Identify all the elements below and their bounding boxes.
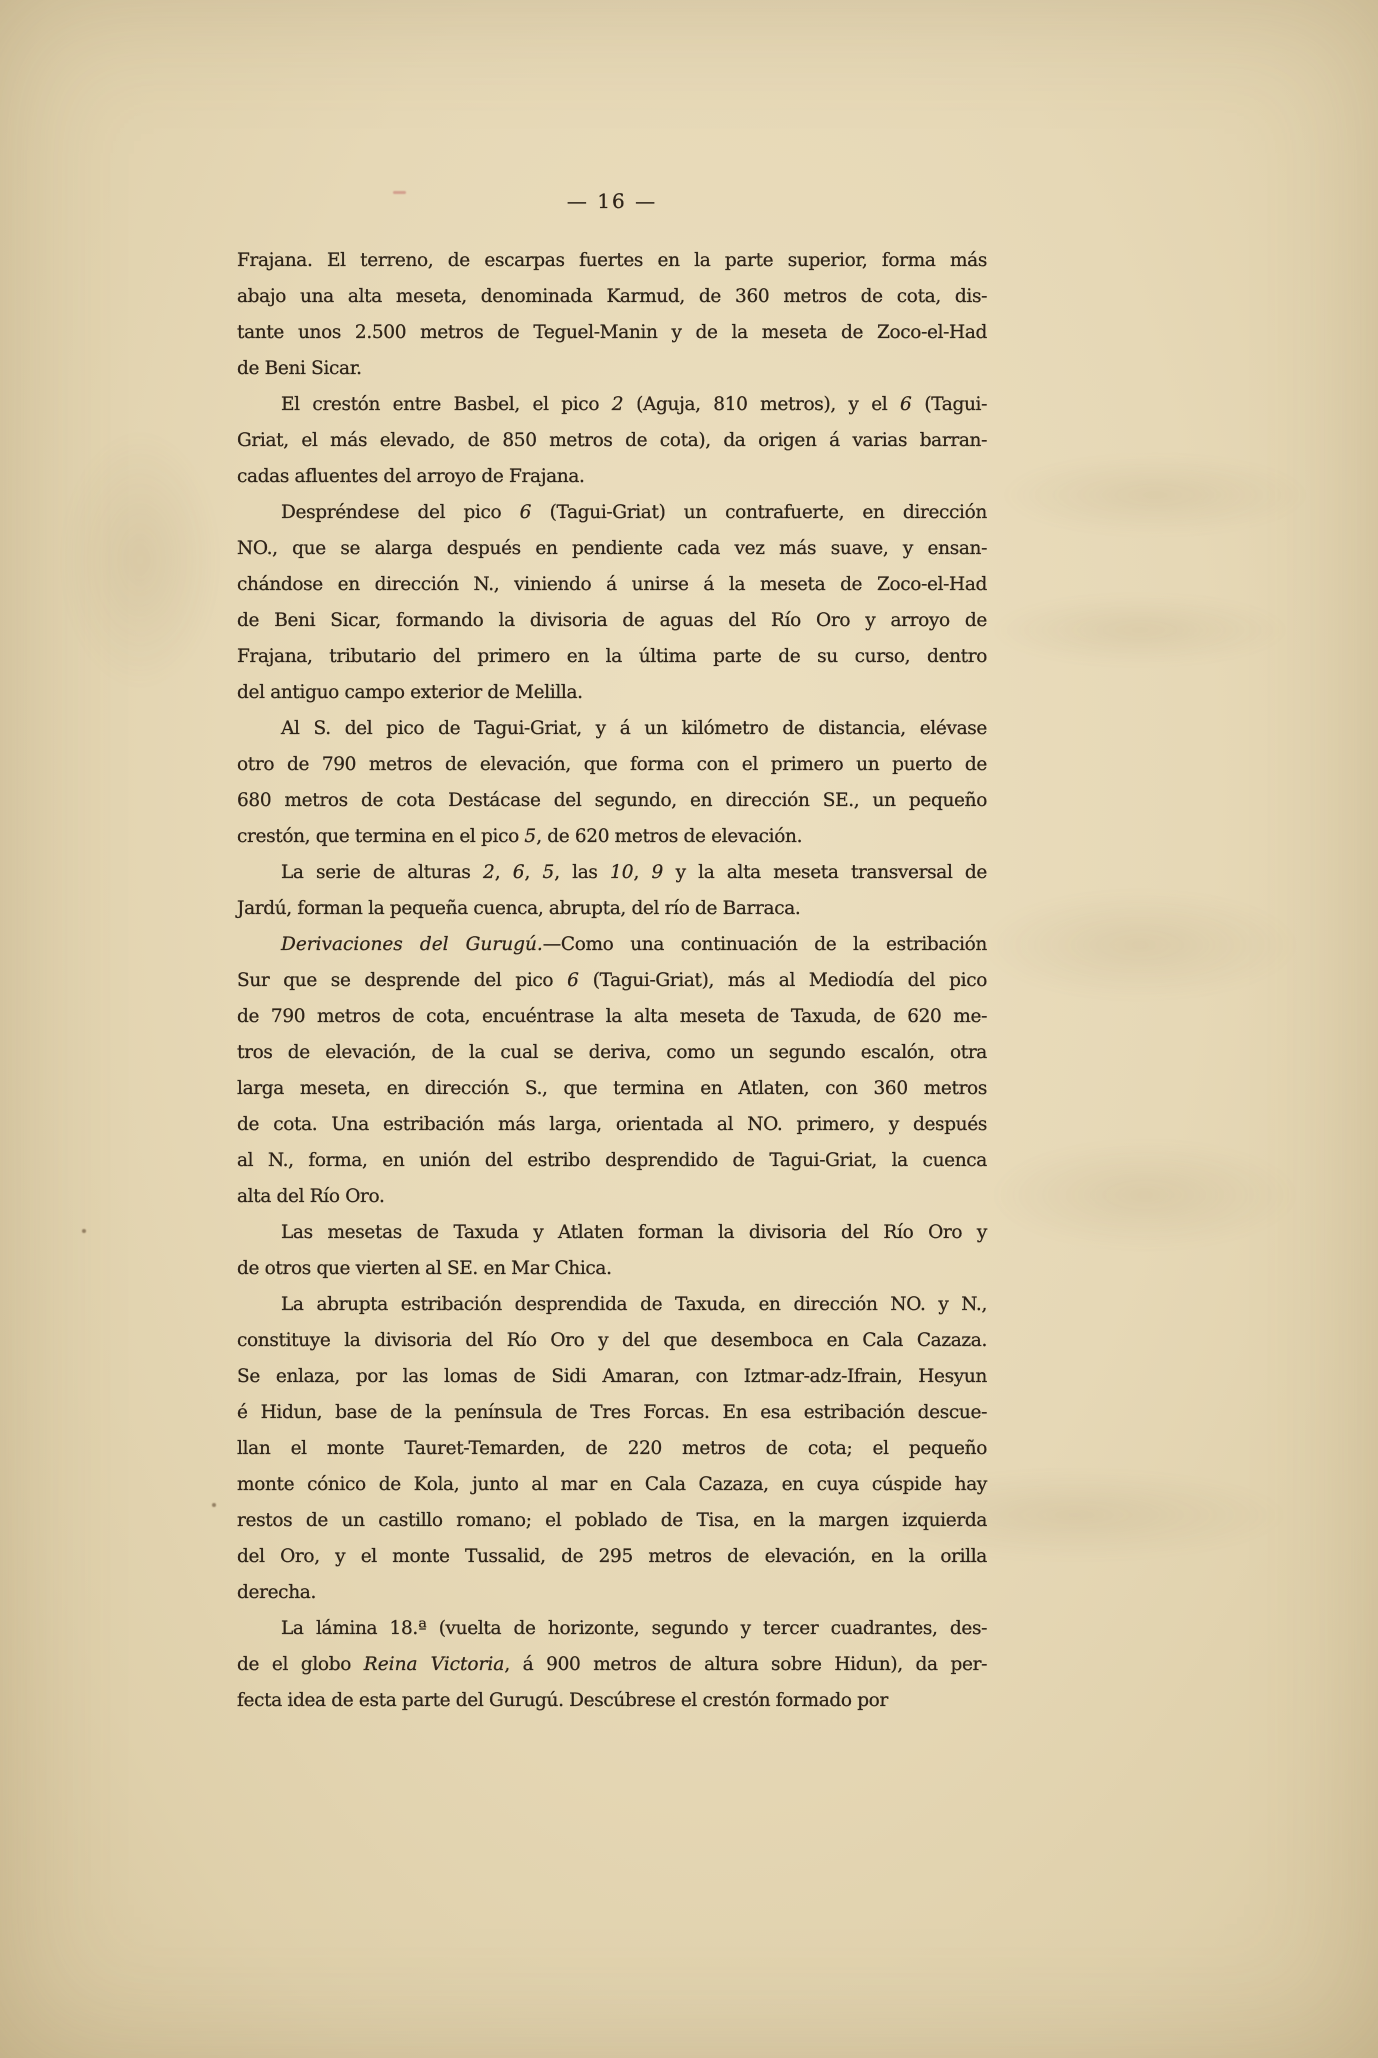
text-line: El crestón entre Basbel, el pico 2 (Aguj… bbox=[237, 387, 987, 423]
text-line: otro de 790 metros de elevación, que for… bbox=[237, 747, 987, 783]
text-line: larga meseta, en dirección S., que termi… bbox=[237, 1071, 987, 1107]
ink-speck bbox=[212, 1503, 216, 1507]
text-line: tante unos 2.500 metros de Teguel-Manin … bbox=[237, 315, 987, 351]
text-line: Frajana, tributario del primero en la úl… bbox=[237, 639, 987, 675]
bleedthrough-smudge bbox=[1000, 455, 1310, 535]
text-line: Despréndese del pico 6 (Tagui-Griat) un … bbox=[237, 495, 987, 531]
text-line: de otros que vierten al SE. en Mar Chica… bbox=[237, 1251, 987, 1287]
bleedthrough-smudge bbox=[990, 1140, 1300, 1250]
text-block-paragraphs: Frajana. El terreno, de escarpas fuertes… bbox=[237, 243, 987, 1719]
text-line: 680 metros de cota Destácase del segundo… bbox=[237, 783, 987, 819]
bleedthrough-smudge bbox=[60, 430, 220, 690]
bleedthrough-smudge bbox=[990, 595, 1290, 665]
text-line: del antiguo campo exterior de Melilla. bbox=[237, 675, 987, 711]
paragraph: Despréndese del pico 6 (Tagui-Griat) un … bbox=[237, 495, 987, 711]
text-line: abajo una alta meseta, denominada Karmud… bbox=[237, 279, 987, 315]
text-line: alta del Río Oro. bbox=[237, 1179, 987, 1215]
paragraph: La abrupta estribación desprendida de Ta… bbox=[237, 1287, 987, 1611]
text-line: monte cónico de Kola, junto al mar en Ca… bbox=[237, 1467, 987, 1503]
paragraph: Derivaciones del Gurugú.—Como una contin… bbox=[237, 927, 987, 1215]
paragraph: La lámina 18.ª (vuelta de horizonte, seg… bbox=[237, 1611, 987, 1719]
text-line: del Oro, y el monte Tussalid, de 295 met… bbox=[237, 1539, 987, 1575]
ink-speck bbox=[82, 1229, 86, 1233]
text-line: Se enlaza, por las lomas de Sidi Amaran,… bbox=[237, 1359, 987, 1395]
text-line: crestón, que termina en el pico 5, de 62… bbox=[237, 819, 987, 855]
text-line: é Hidun, base de la península de Tres Fo… bbox=[237, 1395, 987, 1431]
text-line: Jardú, forman la pequeña cuenca, abrupta… bbox=[237, 891, 987, 927]
text-line: al N., forma, en unión del estribo despr… bbox=[237, 1143, 987, 1179]
text-line: La abrupta estribación desprendida de Ta… bbox=[237, 1287, 987, 1323]
text-line: chándose en dirección N., viniendo á uni… bbox=[237, 567, 987, 603]
text-line: llan el monte Tauret-Temarden, de 220 me… bbox=[237, 1431, 987, 1467]
text-line: tros de elevación, de la cual se deriva,… bbox=[237, 1035, 987, 1071]
text-line: constituye la divisoria del Río Oro y de… bbox=[237, 1323, 987, 1359]
text-line: La serie de alturas 2, 6, 5, las 10, 9 y… bbox=[237, 855, 987, 891]
text-line: de Beni Sicar, formando la divisoria de … bbox=[237, 603, 987, 639]
text-line: de Beni Sicar. bbox=[237, 351, 987, 387]
book-page-scan: — 16 — Frajana. El terreno, de escarpas … bbox=[0, 0, 1378, 2058]
bleedthrough-smudge bbox=[980, 890, 1300, 1000]
paragraph: Frajana. El terreno, de escarpas fuertes… bbox=[237, 243, 987, 387]
paragraph: La serie de alturas 2, 6, 5, las 10, 9 y… bbox=[237, 855, 987, 927]
text-line: de el globo Reina Victoria, á 900 metros… bbox=[237, 1647, 987, 1683]
text-line: fecta idea de esta parte del Gurugú. Des… bbox=[237, 1683, 987, 1719]
text-line: Sur que se desprende del pico 6 (Tagui-G… bbox=[237, 963, 987, 999]
text-line: Al S. del pico de Tagui-Griat, y á un ki… bbox=[237, 711, 987, 747]
text-block: — 16 — Frajana. El terreno, de escarpas … bbox=[237, 190, 987, 1719]
text-line: de cota. Una estribación más larga, orie… bbox=[237, 1107, 987, 1143]
paragraph: El crestón entre Basbel, el pico 2 (Aguj… bbox=[237, 387, 987, 495]
text-line: restos de un castillo romano; el poblado… bbox=[237, 1503, 987, 1539]
text-line: Derivaciones del Gurugú.—Como una contin… bbox=[237, 927, 987, 963]
text-line: de 790 metros de cota, encuéntrase la al… bbox=[237, 999, 987, 1035]
page-number: — 16 — bbox=[237, 190, 987, 212]
paragraph: Al S. del pico de Tagui-Griat, y á un ki… bbox=[237, 711, 987, 855]
text-line: Griat, el más elevado, de 850 metros de … bbox=[237, 423, 987, 459]
text-line: derecha. bbox=[237, 1575, 987, 1611]
text-line: cadas afluentes del arroyo de Frajana. bbox=[237, 459, 987, 495]
paragraph: Las mesetas de Taxuda y Atlaten forman l… bbox=[237, 1215, 987, 1287]
text-line: La lámina 18.ª (vuelta de horizonte, seg… bbox=[237, 1611, 987, 1647]
text-line: Las mesetas de Taxuda y Atlaten forman l… bbox=[237, 1215, 987, 1251]
text-line: NO., que se alarga después en pendiente … bbox=[237, 531, 987, 567]
text-line: Frajana. El terreno, de escarpas fuertes… bbox=[237, 243, 987, 279]
